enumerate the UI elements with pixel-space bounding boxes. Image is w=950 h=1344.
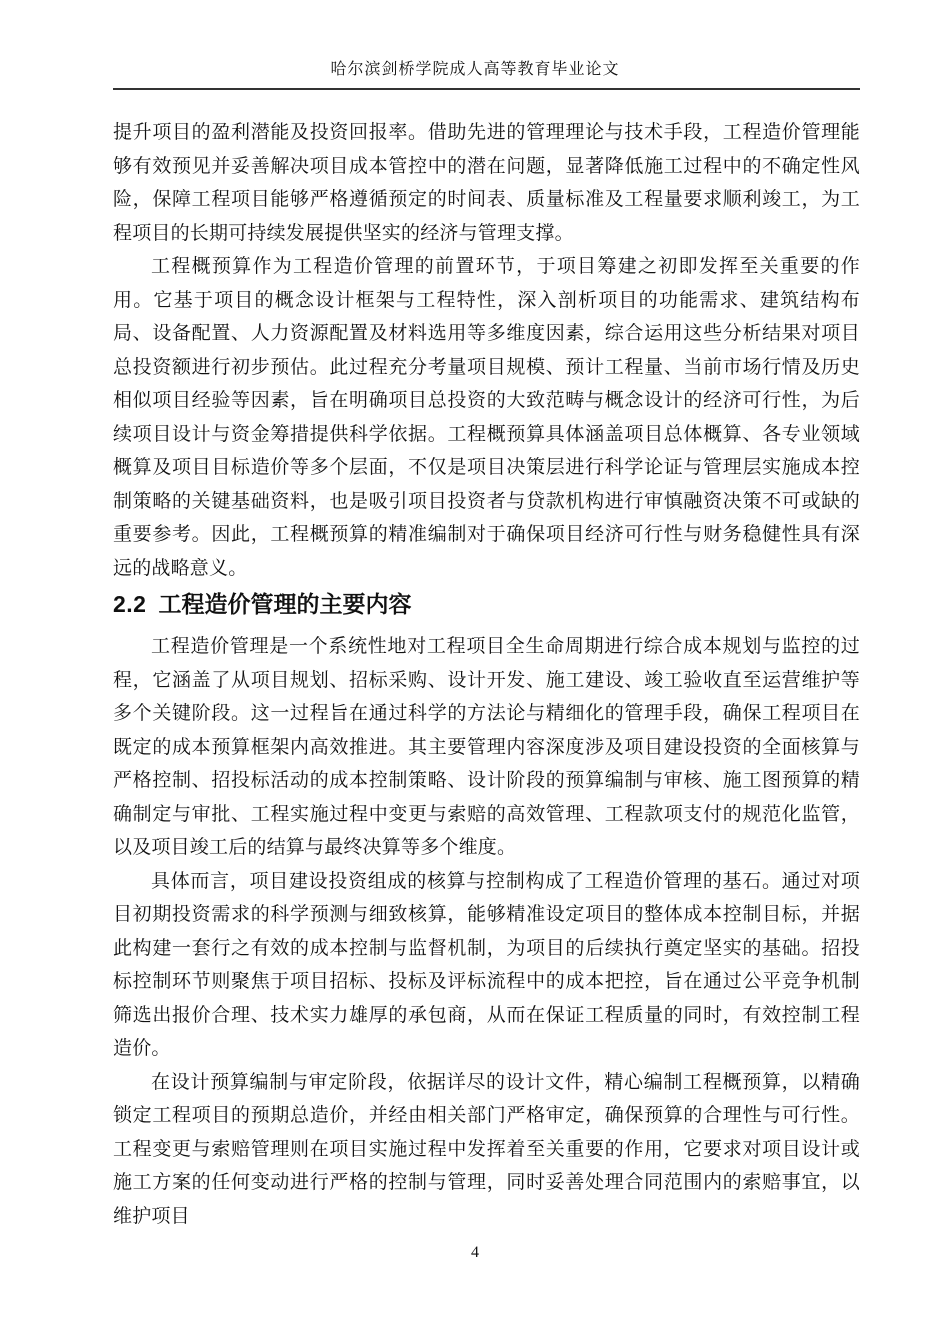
body-paragraph: 具体而言，项目建设投资组成的核算与控制构成了工程造价管理的基石。通过对项目初期投… <box>113 865 860 1066</box>
body-paragraph: 在设计预算编制与审定阶段，依据详尽的设计文件，精心编制工程概预算，以精确锁定工程… <box>113 1066 860 1234</box>
thesis-page: 哈尔滨剑桥学院成人高等教育毕业论文 提升项目的盈利潜能及投资回报率。借助先进的管… <box>0 0 950 1344</box>
document-body: 提升项目的盈利潜能及投资回报率。借助先进的管理理论与技术手段，工程造价管理能够有… <box>113 116 860 1233</box>
page-number: 4 <box>471 1244 479 1261</box>
section-title: 工程造价管理的主要内容 <box>158 591 411 617</box>
header-rule <box>113 88 860 90</box>
section-heading: 2.2工程造价管理的主要内容 <box>113 586 860 622</box>
page-footer: 4 <box>0 1242 950 1264</box>
body-paragraph: 工程概预算作为工程造价管理的前置环节，于项目筹建之初即发挥至关重要的作用。它基于… <box>113 250 860 585</box>
body-paragraph: 工程造价管理是一个系统性地对工程项目全生命周期进行综合成本规划与监控的过程，它涵… <box>113 630 860 865</box>
page-header-title: 哈尔滨剑桥学院成人高等教育毕业论文 <box>0 58 950 82</box>
section-number: 2.2 <box>113 591 146 617</box>
body-paragraph: 提升项目的盈利潜能及投资回报率。借助先进的管理理论与技术手段，工程造价管理能够有… <box>113 116 860 250</box>
